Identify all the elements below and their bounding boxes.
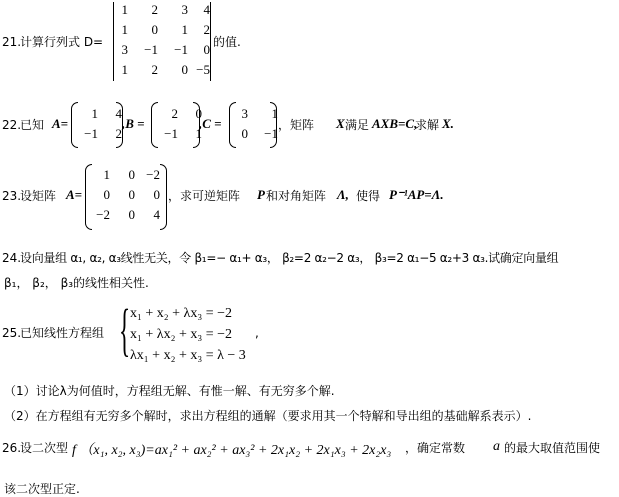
problem-text: 已知 bbox=[20, 118, 44, 132]
left-brace: { bbox=[119, 295, 130, 365]
problem-text-suffix: 的值. bbox=[213, 35, 241, 49]
problem-text-line2: β₁， β₂， β₃的线性相关性. bbox=[4, 276, 149, 290]
matrix-cell: 0 bbox=[135, 185, 160, 205]
right-paren bbox=[160, 164, 167, 230]
equation: AXB=C, bbox=[372, 116, 417, 132]
problem-text: 计算行列式 D= bbox=[20, 35, 103, 49]
matrix-cell: 2 bbox=[158, 104, 178, 124]
var-x: X. bbox=[442, 116, 454, 132]
problem-text: 的最大取值范围使 bbox=[504, 441, 600, 455]
problem-text: ，确定常数 bbox=[405, 441, 465, 455]
problem-text: ，矩阵 bbox=[278, 118, 314, 132]
matrix-cell: 3 bbox=[234, 104, 248, 124]
trailing-comma: , bbox=[255, 326, 259, 340]
var-p: P bbox=[257, 187, 265, 203]
var-lambda: Λ, bbox=[337, 187, 349, 203]
matrix-cell: −2 bbox=[135, 165, 160, 185]
matrix-cell: 0 bbox=[234, 124, 248, 144]
matrix-cell: 3 bbox=[158, 2, 188, 18]
problem-text: 设矩阵 bbox=[20, 189, 56, 203]
problem-number: 25. bbox=[2, 326, 21, 340]
left-paren bbox=[151, 102, 158, 148]
matrix-cell: −2 bbox=[90, 205, 110, 225]
var-x: X bbox=[336, 116, 345, 132]
matrix-cell: 0 bbox=[188, 42, 210, 58]
left-paren bbox=[71, 102, 78, 148]
problem-text: ，求可逆矩阵 bbox=[168, 189, 240, 203]
matrix-cell: 1 bbox=[116, 22, 128, 38]
matrix-cell: 1 bbox=[116, 62, 128, 78]
quadratic-form: f （x₁, x₂, x₃)=ax₁² + ax₂² + ax₃² + 2x₁x… bbox=[72, 439, 391, 459]
matrix-cell: 0 bbox=[128, 22, 158, 38]
matrix-cell: 0 bbox=[90, 185, 110, 205]
matrix-cell: 1 bbox=[116, 2, 128, 18]
subquestion-1: （1）讨论λ为何值时，方程组无解、有惟一解、有无穷多个解. bbox=[4, 384, 335, 398]
matrix-cell: −1 bbox=[128, 42, 158, 58]
var-a: a bbox=[493, 439, 500, 455]
problem-number: 24. bbox=[2, 251, 21, 265]
equation-3: λx₁ + x₂ + x₃ = λ − 3 bbox=[130, 345, 246, 366]
equation-2: x₁ + λx₂ + x₃ = −2 bbox=[130, 324, 246, 345]
equation-system: x₁ + x₂ + λx₃ = −2 x₁ + λx₂ + x₃ = −2 λx… bbox=[130, 303, 246, 366]
matrix-label-a: A= bbox=[52, 116, 68, 132]
problem-text-line1: 设向量组 α₁, α₂, α₃线性无关，令 β₁=− α₁+ α₃， β₂=2 … bbox=[20, 251, 558, 265]
problem-number: 23. bbox=[2, 189, 21, 203]
matrix-a: 10−2000−204 bbox=[90, 165, 160, 225]
matrix-cell: 1 bbox=[90, 165, 110, 185]
problem-text: 设二次型 bbox=[20, 441, 68, 455]
matrix-cell: −1 bbox=[158, 42, 188, 58]
problem-number: 21. bbox=[2, 35, 21, 49]
problem-text: 求解 bbox=[415, 118, 439, 132]
matrix-cell: 0 bbox=[158, 62, 188, 78]
matrix-cell: 0 bbox=[110, 205, 135, 225]
determinant: 123410123−1−10120−5 bbox=[113, 2, 211, 81]
matrix-label-a: A= bbox=[66, 187, 82, 203]
matrix-cell: 0 bbox=[110, 185, 135, 205]
matrix-cell: 4 bbox=[188, 2, 210, 18]
problem-text: 使得 bbox=[356, 189, 380, 203]
matrix-cell: 4 bbox=[135, 205, 160, 225]
problem-number: 22. bbox=[2, 118, 21, 132]
matrix-cell: 0 bbox=[110, 165, 135, 185]
matrix-cell: 2 bbox=[188, 22, 210, 38]
matrix-label-b: ,B = bbox=[122, 116, 145, 132]
matrix-cell: 2 bbox=[128, 2, 158, 18]
problem-number: 26. bbox=[2, 441, 21, 455]
matrix-cell: 1 bbox=[158, 22, 188, 38]
problem-text: 和对角矩阵 bbox=[266, 189, 326, 203]
problem-text: 满足 bbox=[345, 118, 369, 132]
equation-1: x₁ + x₂ + λx₃ = −2 bbox=[130, 303, 246, 324]
matrix-cell: 1 bbox=[80, 104, 98, 124]
right-paren bbox=[270, 102, 277, 148]
matrix-cell: −5 bbox=[188, 62, 210, 78]
matrix-cell: 3 bbox=[116, 42, 128, 58]
subquestion-2: （2）在方程组有无穷多个解时，求出方程组的通解（要求用其一个特解和导出组的基础解… bbox=[4, 409, 531, 423]
matrix-cell: −1 bbox=[158, 124, 178, 144]
matrix-cell: 2 bbox=[128, 62, 158, 78]
matrix-label-c: ,C = bbox=[199, 116, 222, 132]
problem-text-line2: 该二次型正定. bbox=[4, 482, 80, 496]
matrix-cell: −1 bbox=[80, 124, 98, 144]
equation: P⁻¹AP=Λ. bbox=[389, 187, 444, 203]
problem-text: 已知线性方程组 bbox=[20, 326, 104, 340]
